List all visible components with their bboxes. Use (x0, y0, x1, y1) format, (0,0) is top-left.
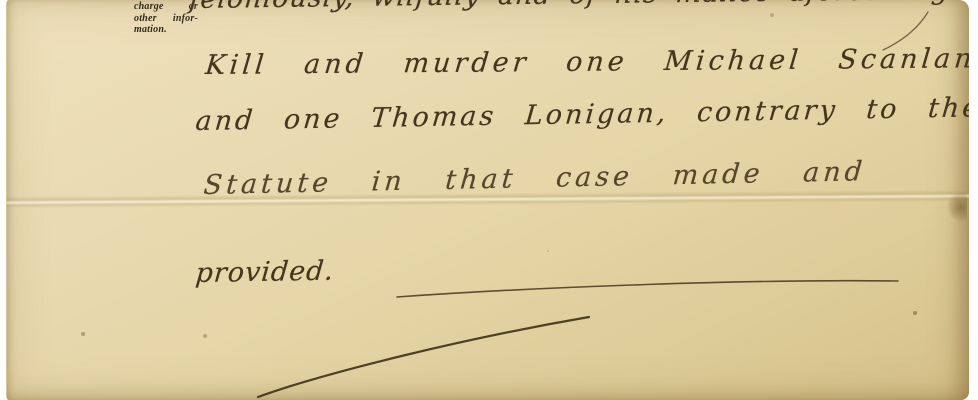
edge-tear-notch (947, 192, 967, 222)
provided-flourish-line (397, 281, 898, 297)
paper-sheet: charge or other infor- mation. felonious… (6, 0, 969, 400)
document-photo: charge or other infor- mation. felonious… (0, 0, 978, 400)
ink-tail-stroke (883, 12, 928, 50)
sweeping-pen-stroke (258, 317, 589, 397)
paper-specks (7, 0, 9, 2)
